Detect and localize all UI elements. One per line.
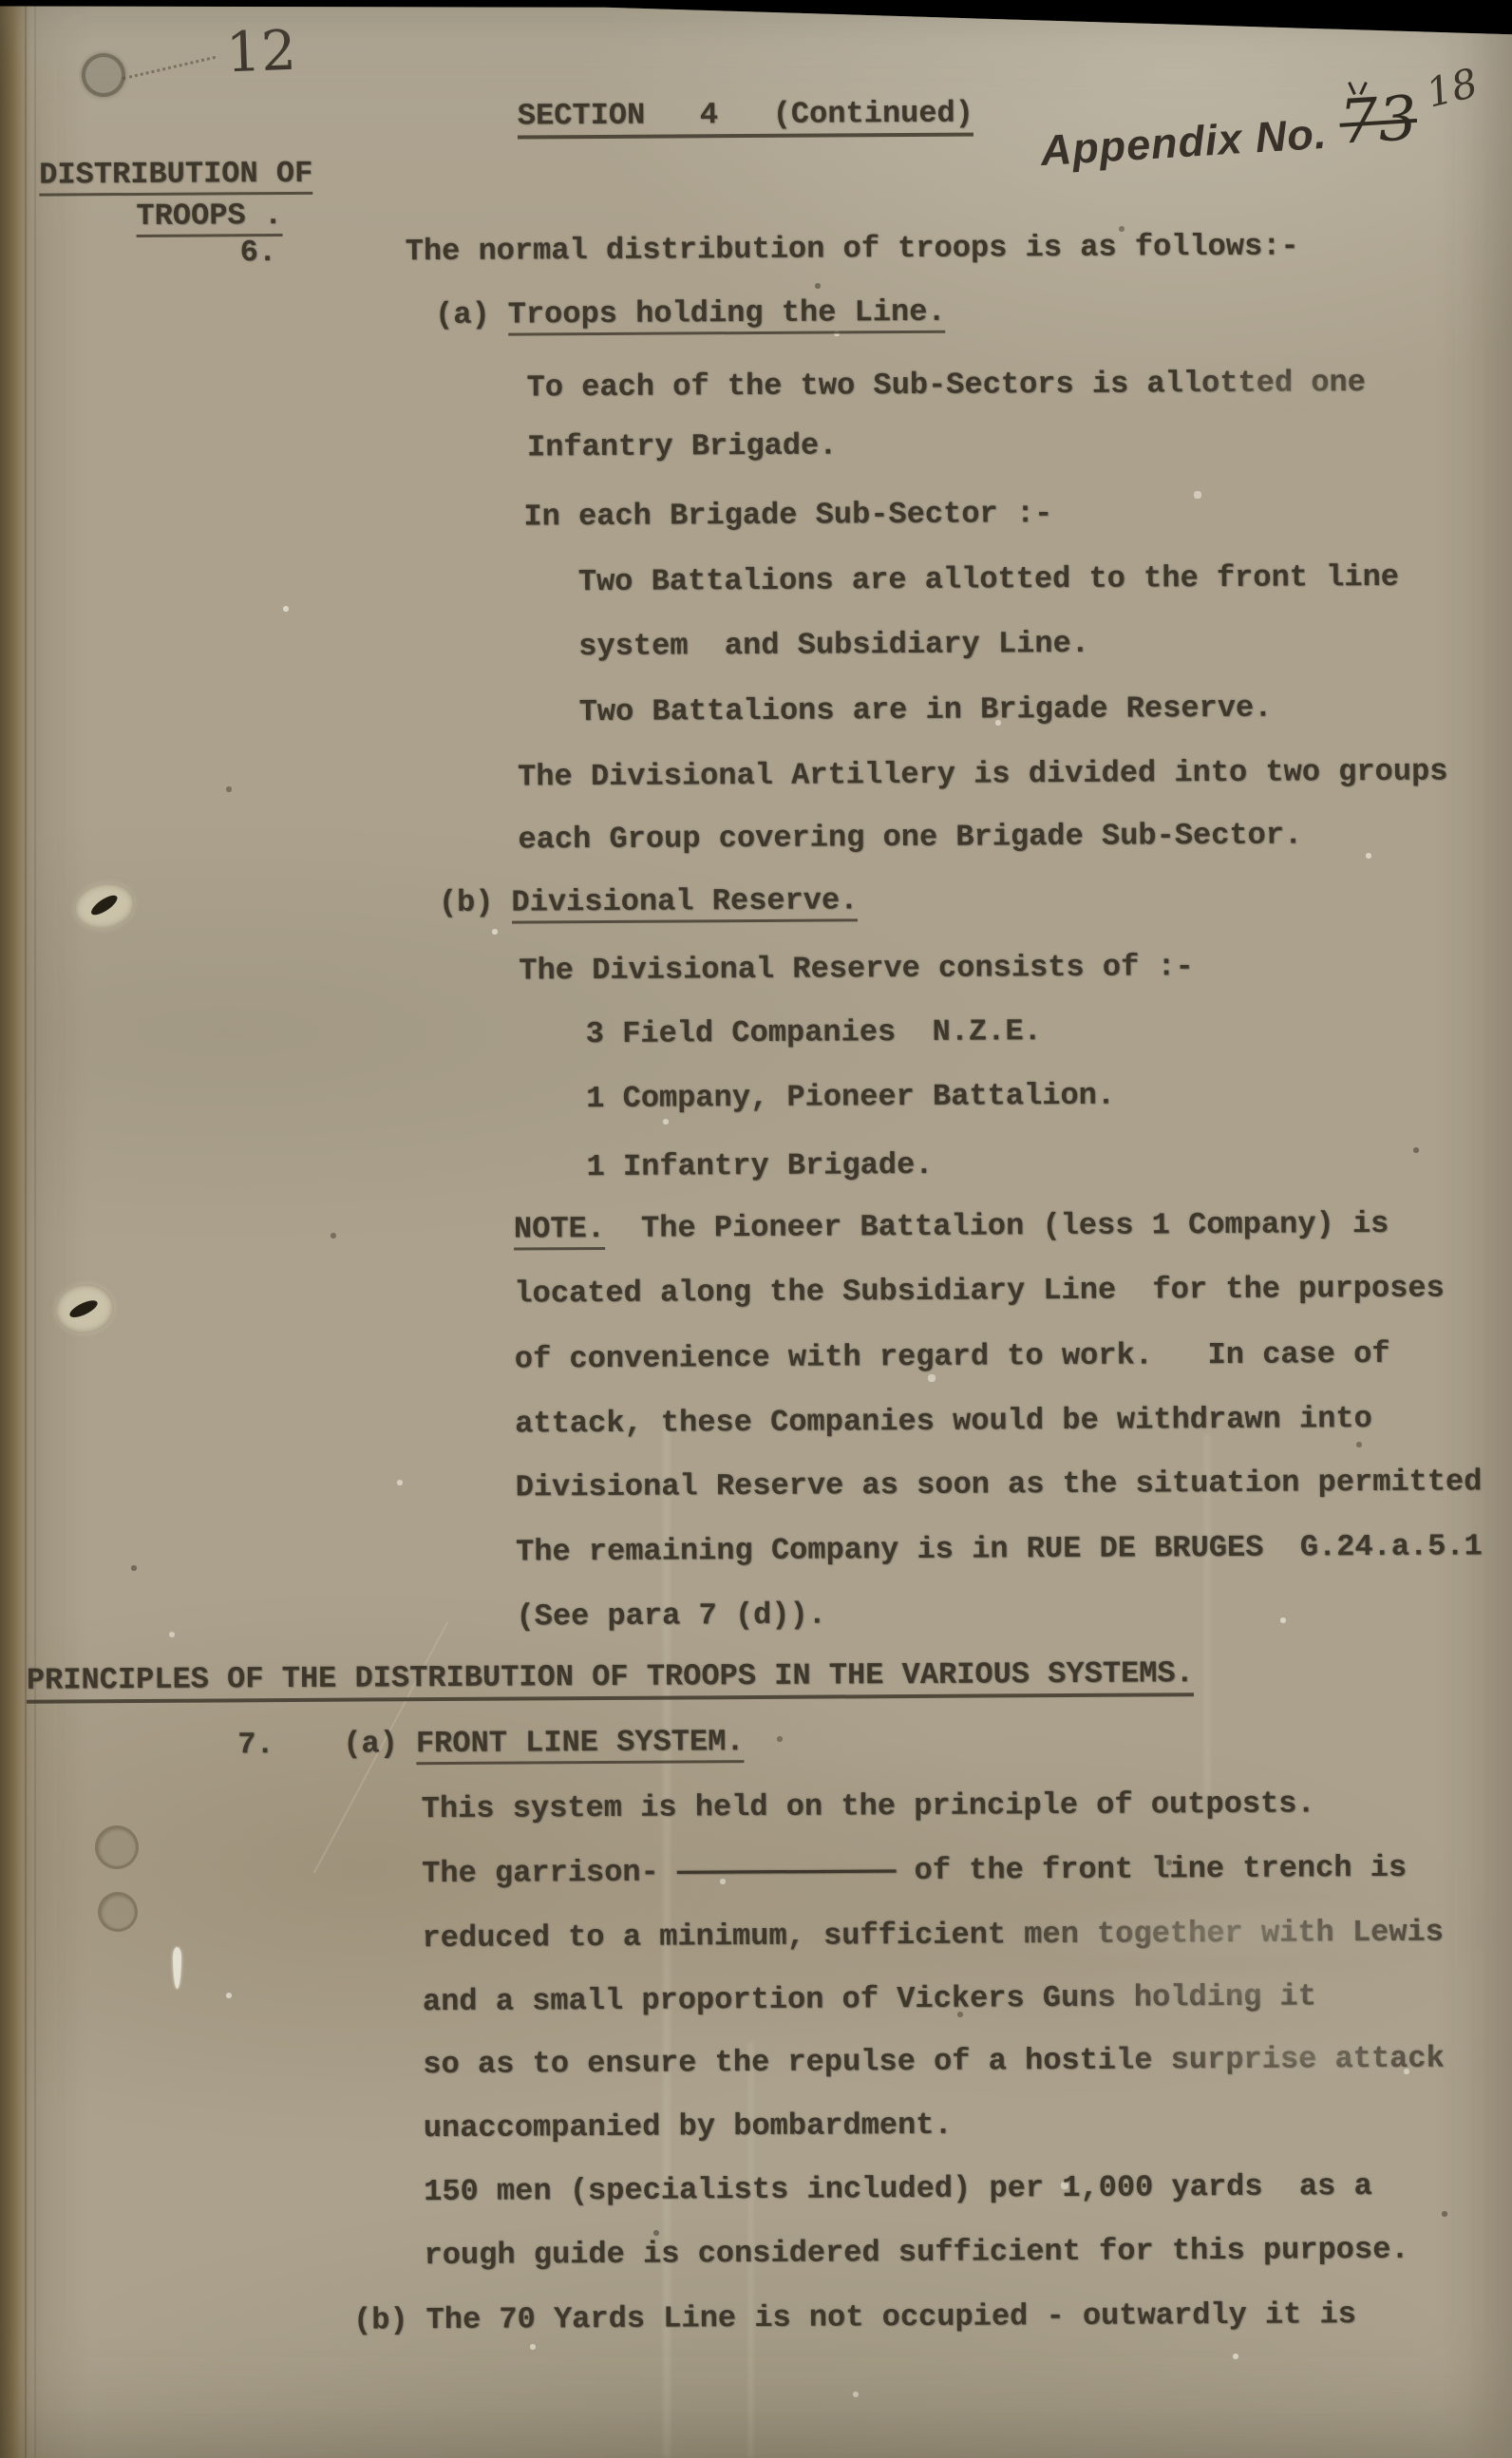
typed-line: unaccompanied by bombardment. <box>424 2108 953 2146</box>
typed-line: Infantry Brigade. <box>527 428 838 464</box>
item-label: (a) <box>343 1726 398 1761</box>
typed-line: The Divisional Artillery is divided into… <box>518 755 1448 795</box>
typed-line: Divisional Reserve as soon as the situat… <box>516 1465 1483 1504</box>
section-header: SECTION 4 (Continued) <box>518 97 973 134</box>
typed-line: To each of the two Sub-Sectors is allott… <box>526 366 1366 405</box>
item-label: (b) <box>353 2302 408 2337</box>
typed-line: each Group covering one Brigade Sub-Sect… <box>518 818 1302 857</box>
typed-line: located along the Subsidiary Line for th… <box>514 1272 1445 1312</box>
typed-line: 3 Field Companies N.Z.E. <box>586 1014 1042 1051</box>
typed-line: of convenience with regard to work. In c… <box>515 1337 1390 1377</box>
item-a-heading-line: (a)FRONT LINE SYSTEM. <box>343 1725 744 1762</box>
item-heading: Troops holding the Line. <box>508 294 946 336</box>
item-a-heading-line: (a)Troops holding the Line. <box>435 295 946 332</box>
typed-line: The normal distribution of troops is as … <box>406 229 1299 269</box>
typed-line: 150 men (specialists included) per 1,000… <box>424 2169 1372 2209</box>
typed-line: system and Subsidiary Line. <box>578 627 1089 664</box>
item-heading: Divisional Reserve. <box>511 882 858 923</box>
scanned-document-photo: 12 Appendix No.73 18 SECTION 4 (Continue… <box>0 0 1512 2458</box>
document-paper: 12 Appendix No.73 18 SECTION 4 (Continue… <box>0 0 1512 2458</box>
typed-line: The Divisional Reserve consists of :- <box>519 950 1194 988</box>
typed-line: In each Brigade Sub-Sector :- <box>523 497 1052 534</box>
item-heading: FRONT LINE SYSTEM. <box>416 1724 745 1765</box>
paper-speckles <box>0 0 2 2</box>
margin-heading-line2: TROOPS . <box>136 199 282 234</box>
item-label: (b) <box>439 885 494 920</box>
typed-line: 1 Company, Pioneer Battalion. <box>586 1079 1115 1116</box>
typed-text-block: SECTION 4 (Continued) DISTRIBUTION OF TR… <box>0 0 1512 2458</box>
typed-line: and a small proportion of Vickers Guns h… <box>423 1979 1316 2019</box>
typed-line: Two Battalions are allotted to the front… <box>578 560 1399 599</box>
item-label: (a) <box>435 297 490 332</box>
typed-line: reduced to a minimum, sufficient men tog… <box>422 1916 1444 1957</box>
typed-line: attack, these Companies would be withdra… <box>515 1402 1372 1442</box>
margin-heading-line1: DISTRIBUTION OF <box>39 157 312 193</box>
section-header-text: SECTION 4 (Continued) <box>518 96 973 140</box>
typed-line: so as to ensure the repulse of a hostile… <box>423 2042 1445 2083</box>
typed-line: Two Battalions are in Brigade Reserve. <box>579 691 1273 729</box>
item-b-heading-line: (b)Divisional Reserve. <box>439 883 859 920</box>
paragraph-number: 6. <box>240 236 277 270</box>
typed-line: The remaining Company is in RUE DE BRUGE… <box>516 1529 1483 1569</box>
item-b-line: (b)The 70 Yards Line is not occupied - o… <box>353 2297 1356 2337</box>
typed-line: (See para 7 (d)). <box>516 1598 826 1635</box>
note-label: NOTE. <box>514 1211 605 1251</box>
typed-line: 1 Infantry Brigade. <box>586 1148 933 1184</box>
note-first-line: NOTE.The Pioneer Battalion (less 1 Compa… <box>514 1207 1389 1247</box>
typed-line: rough guide is considered sufficient for… <box>424 2233 1408 2273</box>
paragraph-number: 7. <box>237 1728 274 1762</box>
typed-line: The garrison- ———————————— of the front … <box>422 1851 1407 1891</box>
principles-heading: PRINCIPLES OF THE DISTRIBUTION OF TROOPS… <box>27 1656 1194 1698</box>
typed-line: This system is held on the principle of … <box>422 1787 1315 1826</box>
